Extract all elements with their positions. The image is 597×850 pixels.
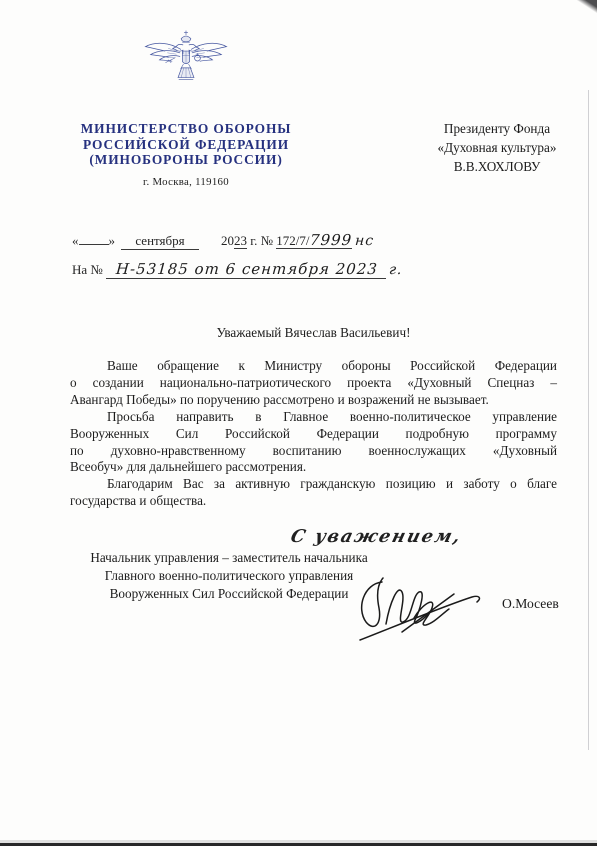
signer-name: О.Мосеев (502, 596, 559, 612)
number-sign: № (261, 233, 273, 248)
outgoing-number: 172/7/7999 (276, 233, 351, 249)
addressee-line: Президенту Фонда (406, 120, 588, 139)
signer-title-line: Главного военно-политического управления (80, 567, 378, 585)
ministry-eagle-emblem-icon (140, 29, 232, 93)
month-label: сентября (121, 233, 199, 250)
year-written: 23 (234, 233, 247, 249)
incoming-number-handwritten: Н-53185 от 6 сентября 2023 (115, 260, 378, 278)
handwritten-signature-icon (352, 568, 492, 646)
incoming-year-unit-handwritten: г. (389, 262, 404, 278)
incoming-reference-line: На № Н-53185 от 6 сентября 2023 г. (72, 260, 403, 278)
scan-bottom-edge (0, 843, 597, 846)
outgoing-number-suffix-handwritten: нс (354, 233, 374, 249)
body-line: Вооруженных Сил Российской Федерации под… (70, 426, 557, 443)
incoming-number-underline: Н-53185 от 6 сентября 2023 (106, 262, 386, 279)
body-line: по духовно-нравственному воспитанию воен… (70, 443, 557, 460)
addressee-block: Президенту Фонда «Духовная культура» В.В… (406, 120, 588, 176)
outgoing-reference-line: «»сентября2023 г. № 172/7/7999 нс (72, 231, 374, 250)
year-unit: г. (250, 233, 257, 248)
ministry-line: РОССИЙСКОЙ ФЕДЕРАЦИИ (62, 137, 310, 153)
body-line: Авангард Победы» по поручению рассмотрен… (70, 392, 557, 409)
ministry-line: (МИНОБОРОНЫ РОССИИ) (62, 152, 310, 168)
scan-right-edge (588, 90, 589, 750)
quote-close: » (109, 233, 116, 248)
outgoing-number-handwritten: 7999 (309, 231, 352, 249)
ministry-line: МИНИСТЕРСТВО ОБОРОНЫ (62, 121, 310, 137)
letter-body: Уважаемый Вячеслав Васильевич! Ваше обра… (70, 325, 557, 510)
addressee-line: В.В.ХОХЛОВУ (406, 158, 588, 177)
incoming-label: На № (72, 262, 103, 277)
signer-title-line: Начальник управления – заместитель начал… (80, 549, 378, 567)
addressee-line: «Духовная культура» (406, 139, 588, 158)
scan-corner-artifact (577, 0, 597, 13)
body-line: Просьба направить в Главное военно-полит… (70, 409, 557, 426)
body-line: государства и общества. (70, 493, 557, 510)
scanned-letter-page: МИНИСТЕРСТВО ОБОРОНЫ РОССИЙСКОЙ ФЕДЕРАЦИ… (0, 0, 597, 850)
signer-title-block: Начальник управления – заместитель начал… (80, 549, 378, 602)
day-blank-underline (79, 231, 109, 245)
sender-ministry-name: МИНИСТЕРСТВО ОБОРОНЫ РОССИЙСКОЙ ФЕДЕРАЦИ… (62, 121, 310, 168)
year-printed: 20 (221, 233, 234, 248)
body-line: Благодарим Вас за активную гражданскую п… (70, 476, 557, 493)
sender-city-line: г. Москва, 119160 (62, 176, 310, 188)
closing-handwritten: С уважением, (289, 527, 465, 547)
salutation: Уважаемый Вячеслав Васильевич! (70, 325, 557, 341)
body-line: о создании национально-патриотического п… (70, 375, 557, 392)
body-line: Всеобуч» для дальнейшего рассмотрения. (70, 459, 557, 476)
signer-title-line: Вооруженных Сил Российской Федерации (80, 585, 378, 603)
body-line: Ваше обращение к Министру обороны Россий… (70, 358, 557, 375)
